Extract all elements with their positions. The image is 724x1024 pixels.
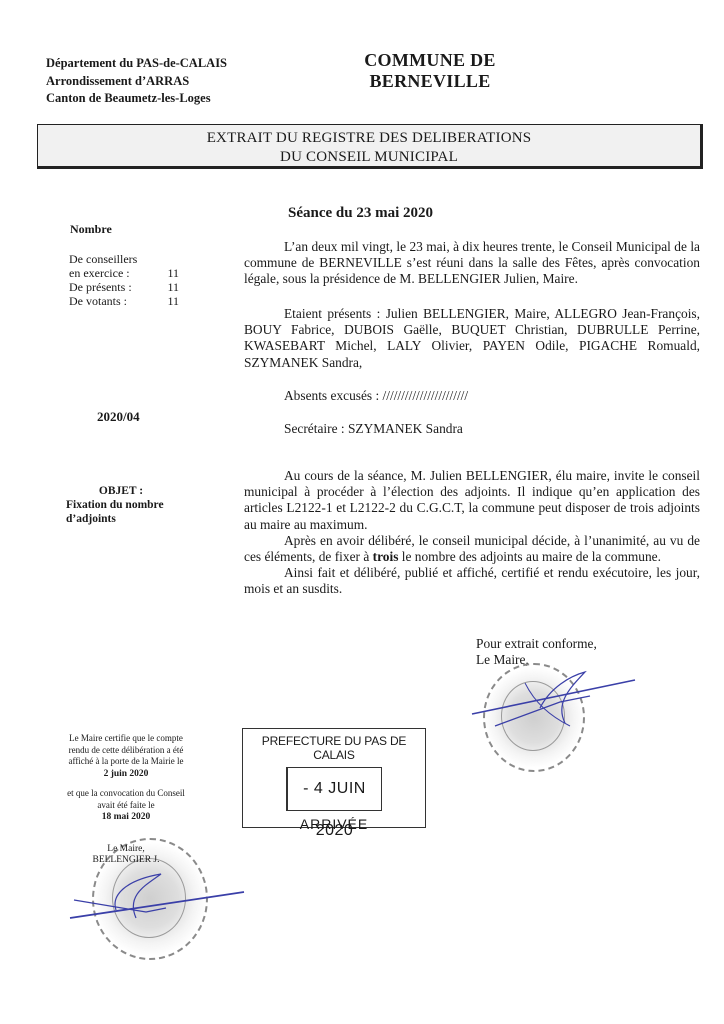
signature-line-1: Pour extrait conforme, [476,636,597,652]
decision-paragraph-3: Ainsi fait et délibéré, publié et affich… [244,565,700,597]
absents-line: Absents excusés : //////////////////////… [244,388,700,404]
count-value: 11 [159,294,179,308]
department-header: Département du PAS-de-CALAIS Arrondissem… [46,53,227,107]
prefecture-date: - 4 JUIN 2020 [286,767,382,811]
certification-text-1: Le Maire certifie que le compte rendu de… [66,733,186,768]
decision-block: Au cours de la séance, M. Julien BELLENG… [244,468,700,598]
count-value: 11 [159,280,179,294]
decision-paragraph-1: Au cours de la séance, M. Julien BELLENG… [244,468,700,533]
prefecture-stamp: PREFECTURE DU PAS DE CALAIS - 4 JUIN 202… [242,728,426,828]
objet-text: Fixation du nombre d’adjoints [66,498,176,526]
banner-line-2: DU CONSEIL MUNICIPAL [38,148,700,167]
intro-paragraph: L’an deux mil vingt, le 23 mai, à dix he… [244,239,700,288]
nombre-title: Nombre [70,222,112,237]
count-label: De votants : [69,294,159,308]
counts-heading: De conseillers [69,252,179,266]
arrondissement-line: Arrondissement d’ARRAS [46,73,227,90]
certification-signatory: Le Maire, BELLENGIER J. [66,844,186,866]
register-banner: EXTRAIT DU REGISTRE DES DELIBERATIONS DU… [37,124,703,169]
presents-paragraph: Etaient présents : Julien BELLENGIER, Ma… [244,306,700,371]
count-row-exercice: en exercice : 11 [69,266,179,280]
certification-text-2: et que la convocation du Conseil avait é… [66,788,186,811]
department-line: Département du PAS-de-CALAIS [46,53,227,73]
seance-title: Séance du 23 mai 2020 [288,205,433,222]
commune-line-2: BERNEVILLE [340,71,520,92]
seal-inner-ring [112,858,186,938]
commune-line-1: COMMUNE DE [340,50,520,71]
mairie-seal-stamp [483,663,585,772]
commune-header: COMMUNE DE BERNEVILLE [340,50,520,92]
decision-count-bold: trois [373,549,399,564]
deliberation-number: 2020/04 [97,409,140,425]
canton-line: Canton de Beaumetz-les-Loges [46,90,227,107]
decision-text-after: le nombre des adjoints au maire de la co… [398,549,661,564]
prefecture-title: PREFECTURE DU PAS DE CALAIS [243,734,425,762]
objet-block: OBJET : Fixation du nombre d’adjoints [66,484,176,526]
objet-label: OBJET : [66,484,176,498]
count-row-votants: De votants : 11 [69,294,179,308]
count-value: 11 [159,266,179,280]
certification-block: Le Maire certifie que le compte rendu de… [66,733,186,824]
seal-inner-ring [501,681,565,751]
maire-label: Le Maire, [66,844,186,855]
convocation-date: 18 mai 2020 [102,812,151,822]
decision-paragraph-2: Après en avoir délibéré, le conseil muni… [244,533,700,565]
count-label: De présents : [69,280,159,294]
council-counts: De conseillers en exercice : 11 De prése… [69,252,179,308]
count-row-presents: De présents : 11 [69,280,179,294]
maire-name: BELLENGIER J. [66,855,186,866]
count-label: en exercice : [69,266,159,280]
display-date: 2 juin 2020 [104,769,149,779]
secretaire-line: Secrétaire : SZYMANEK Sandra [244,421,700,437]
banner-line-1: EXTRAIT DU REGISTRE DES DELIBERATIONS [38,129,700,148]
prefecture-status: ARRIVÉE [243,816,425,832]
